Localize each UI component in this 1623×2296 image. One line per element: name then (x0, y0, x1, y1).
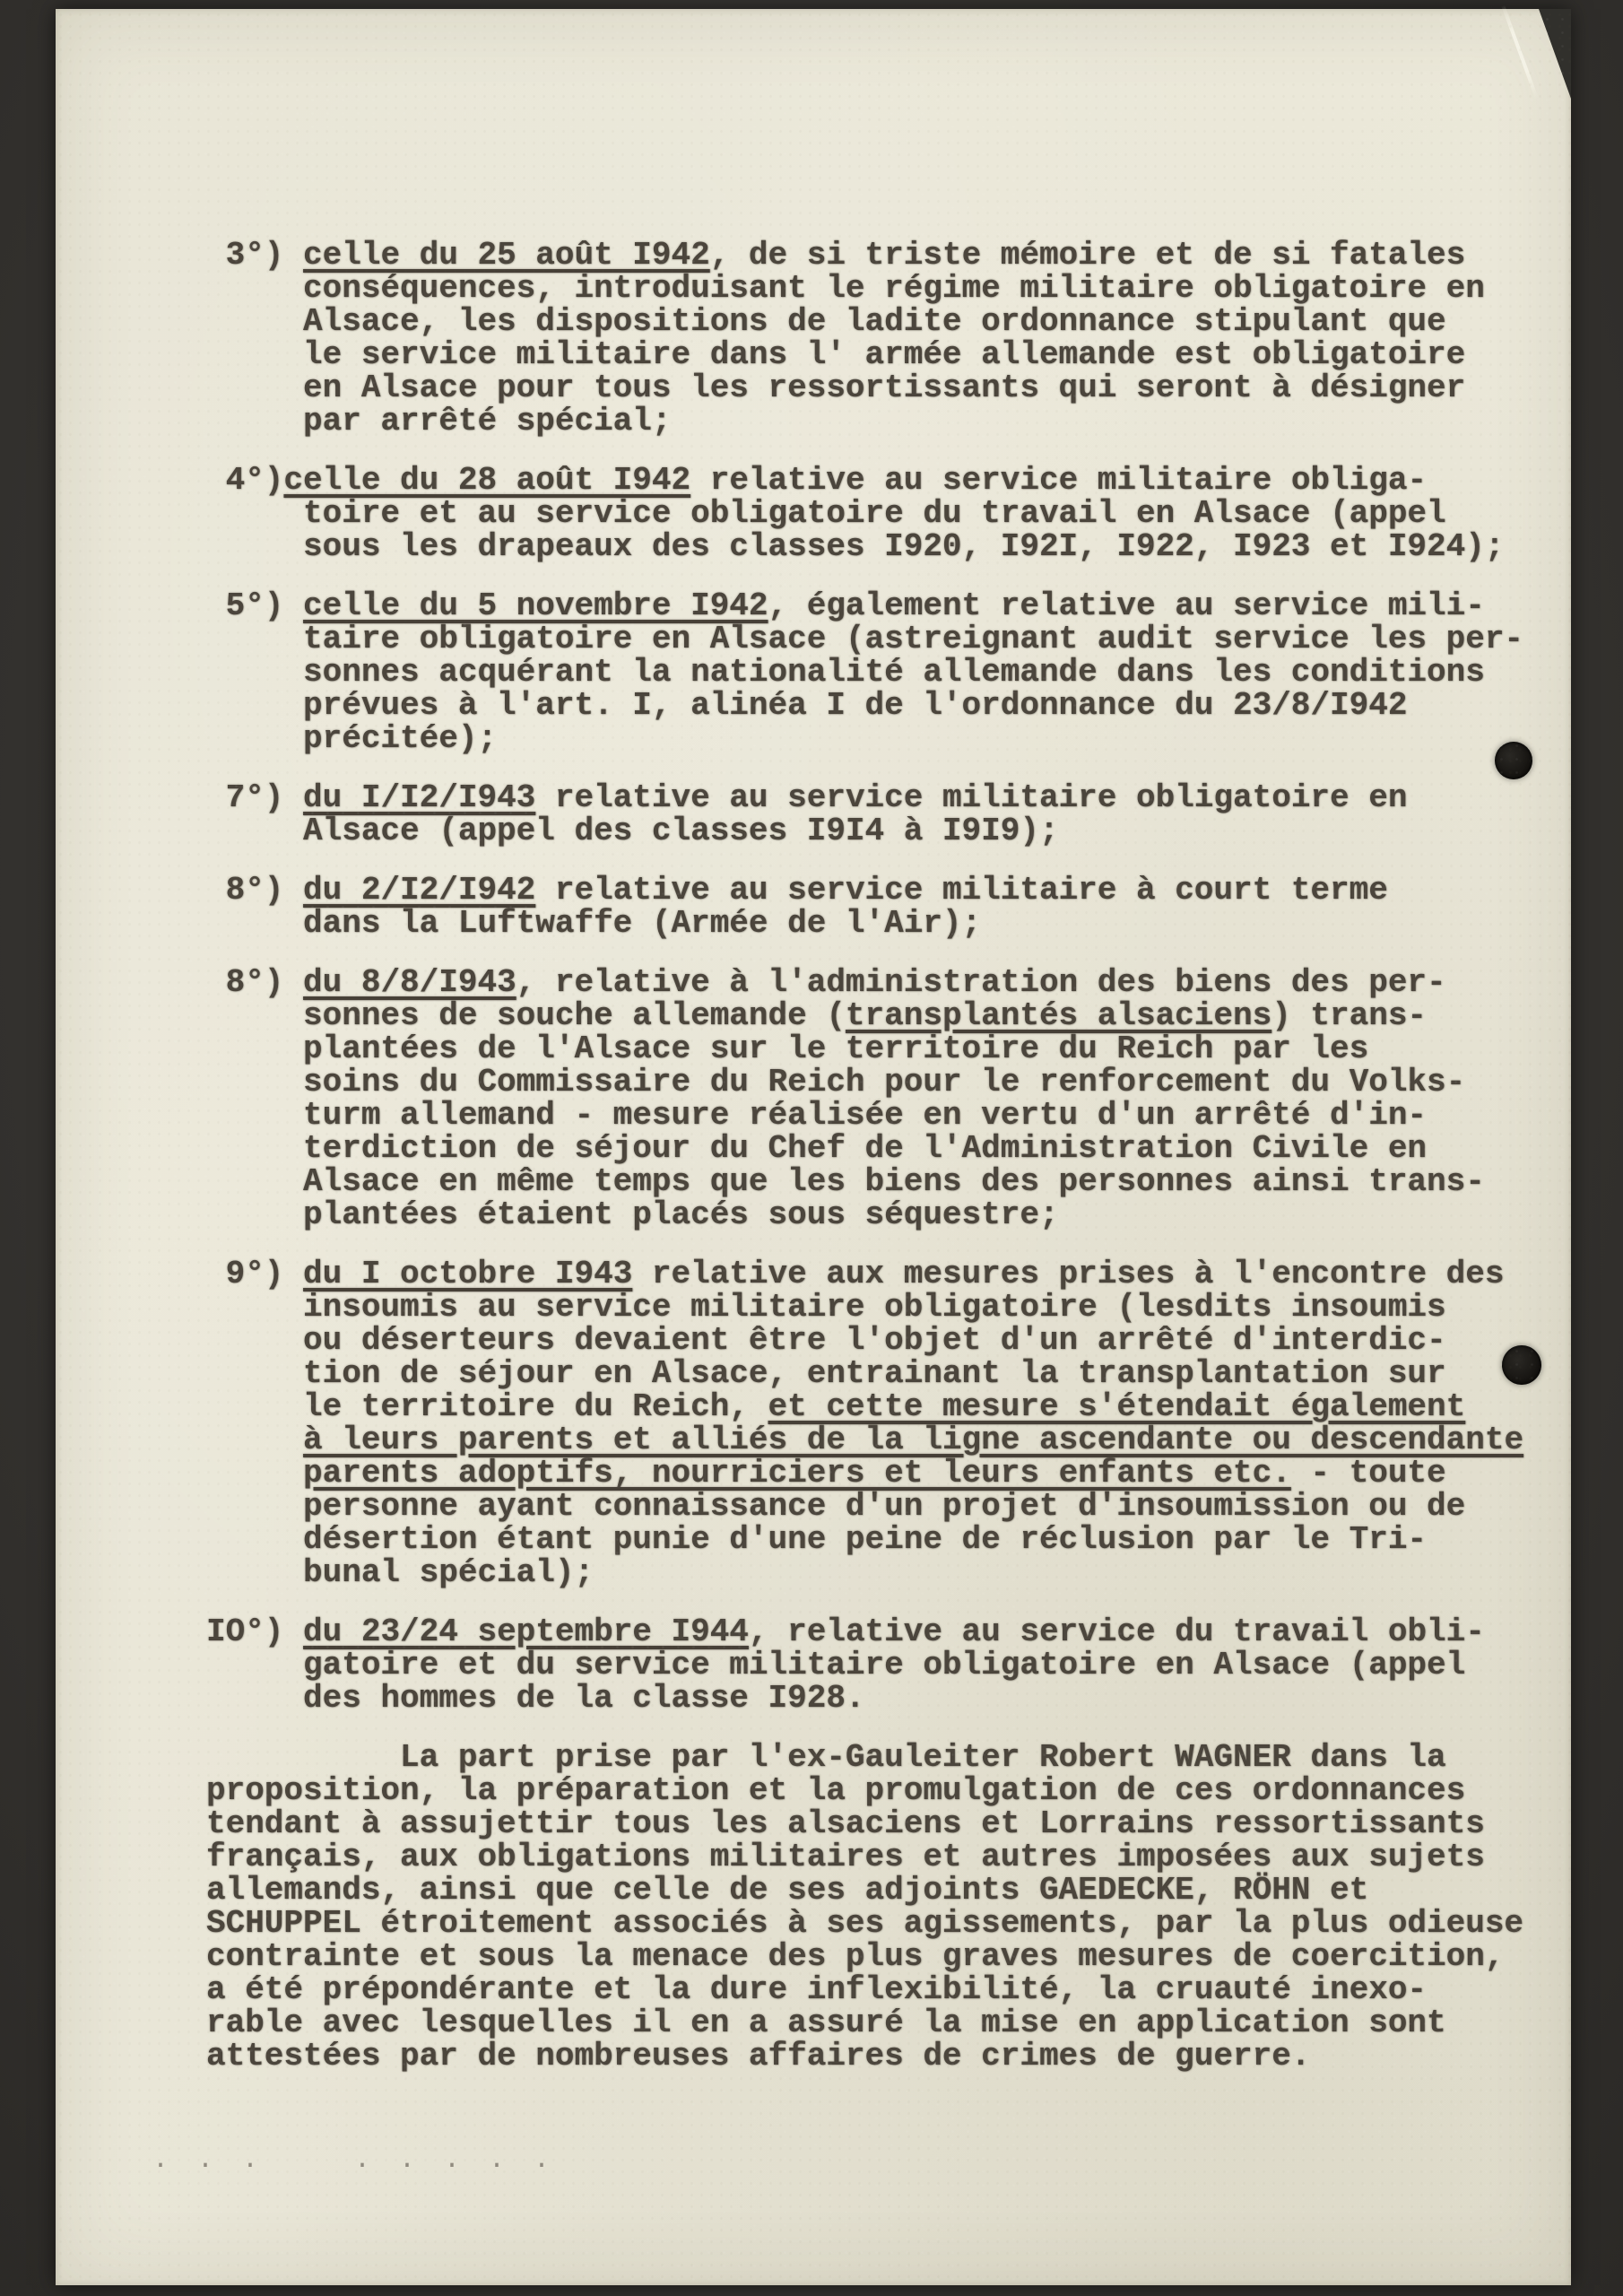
text-line: par arrêté spécial; (206, 404, 1523, 438)
text-line: personne ayant connaissance d'un projet … (206, 1490, 1523, 1523)
paragraph: 8°) du 2/I2/I942 relative au service mil… (206, 874, 1523, 940)
text-line: gatoire et du service militaire obligato… (206, 1648, 1523, 1682)
text-line: 9°) du I octobre I943 relative aux mesur… (206, 1257, 1523, 1291)
text-line: 8°) du 2/I2/I942 relative au service mil… (206, 874, 1523, 907)
text-line: plantées étaient placés sous séquestre; (206, 1198, 1523, 1231)
text-line: sous les drapeaux des classes I920, I92I… (206, 530, 1523, 563)
paragraph: 9°) du I octobre I943 relative aux mesur… (206, 1257, 1523, 1589)
text-line: sonnes de souche allemande (transplantés… (206, 999, 1523, 1032)
paragraph: IO°) du 23/24 septembre I944, relative a… (206, 1615, 1523, 1715)
text-line: IO°) du 23/24 septembre I944, relative a… (206, 1615, 1523, 1648)
text-line: Alsace en même temps que les biens des p… (206, 1165, 1523, 1198)
text-line: dans la Luftwaffe (Armée de l'Air); (206, 907, 1523, 940)
text-line: conséquences, introduisant le régime mil… (206, 272, 1523, 305)
paragraph: 7°) du I/I2/I943 relative au service mil… (206, 781, 1523, 848)
text-line: Alsace, les dispositions de ladite ordon… (206, 305, 1523, 338)
text-line: plantées de l'Alsace sur le territoire d… (206, 1032, 1523, 1065)
paragraph: La part prise par l'ex-Gauleiter Robert … (206, 1741, 1523, 2073)
text-line: le territoire du Reich, et cette mesure … (206, 1390, 1523, 1423)
text-line: parents adoptifs, nourriciers et leurs e… (206, 1457, 1523, 1490)
text-line: sonnes acquérant la nationalité allemand… (206, 656, 1523, 689)
corner-fold (1539, 9, 1571, 99)
paragraph: 4°)celle du 28 août I942 relative au ser… (206, 464, 1523, 563)
text-line: SCHUPPEL étroitement associés à ses agis… (206, 1907, 1523, 1940)
text-line: rable avec lesquelles il en a assuré la … (206, 2006, 1523, 2039)
text-line: 8°) du 8/8/I943, relative à l'administra… (206, 966, 1523, 999)
corner-fold-crease (1501, 5, 1538, 100)
document-text: 3°) celle du 25 août I942, de si triste … (206, 239, 1523, 2099)
text-line: allemands, ainsi que celle de ses adjoin… (206, 1874, 1523, 1907)
text-line: précitée); (206, 722, 1523, 755)
text-line: à leurs parents et alliés de la ligne as… (206, 1423, 1523, 1457)
typed-dots: . . . . . . . . (152, 2145, 556, 2176)
text-line: taire obligatoire en Alsace (astreignant… (206, 622, 1523, 656)
text-line: contrainte et sous la menace des plus gr… (206, 1940, 1523, 1973)
text-line: Alsace (appel des classes I9I4 à I9I9); (206, 814, 1523, 848)
text-line: en Alsace pour tous les ressortissants q… (206, 371, 1523, 404)
text-line: prévues à l'art. I, alinéa I de l'ordonn… (206, 689, 1523, 722)
text-line: tion de séjour en Alsace, entrainant la … (206, 1357, 1523, 1390)
text-line: soins du Commissaire du Reich pour le re… (206, 1065, 1523, 1099)
text-line: toire et au service obligatoire du trava… (206, 497, 1523, 530)
text-line: turm allemand - mesure réalisée en vertu… (206, 1099, 1523, 1132)
text-line: insoumis au service militaire obligatoir… (206, 1291, 1523, 1324)
text-line: tendant à assujettir tous les alsaciens … (206, 1807, 1523, 1840)
text-line: 7°) du I/I2/I943 relative au service mil… (206, 781, 1523, 814)
text-line: attestées par de nombreuses affaires de … (206, 2039, 1523, 2073)
scan-background: { "scan": { "background_color": "#353330… (0, 0, 1623, 2296)
text-line: le service militaire dans l' armée allem… (206, 338, 1523, 371)
text-line: a été prépondérante et la dure inflexibi… (206, 1973, 1523, 2006)
paragraph: 8°) du 8/8/I943, relative à l'administra… (206, 966, 1523, 1231)
text-line: des hommes de la classe I928. (206, 1682, 1523, 1715)
document-page: 3°) celle du 25 août I942, de si triste … (56, 9, 1571, 2285)
text-line: 4°)celle du 28 août I942 relative au ser… (206, 464, 1523, 497)
paragraph: 5°) celle du 5 novembre I942, également … (206, 589, 1523, 755)
paragraph: 3°) celle du 25 août I942, de si triste … (206, 239, 1523, 438)
text-line: terdiction de séjour du Chef de l'Admini… (206, 1132, 1523, 1165)
text-line: bunal spécial); (206, 1556, 1523, 1589)
text-line: 3°) celle du 25 août I942, de si triste … (206, 239, 1523, 272)
text-line: proposition, la préparation et la promul… (206, 1774, 1523, 1807)
text-line: ou déserteurs devaient être l'objet d'un… (206, 1324, 1523, 1357)
text-line: La part prise par l'ex-Gauleiter Robert … (206, 1741, 1523, 1774)
text-line: français, aux obligations militaires et … (206, 1840, 1523, 1874)
text-line: 5°) celle du 5 novembre I942, également … (206, 589, 1523, 622)
text-line: désertion étant punie d'une peine de réc… (206, 1523, 1523, 1556)
